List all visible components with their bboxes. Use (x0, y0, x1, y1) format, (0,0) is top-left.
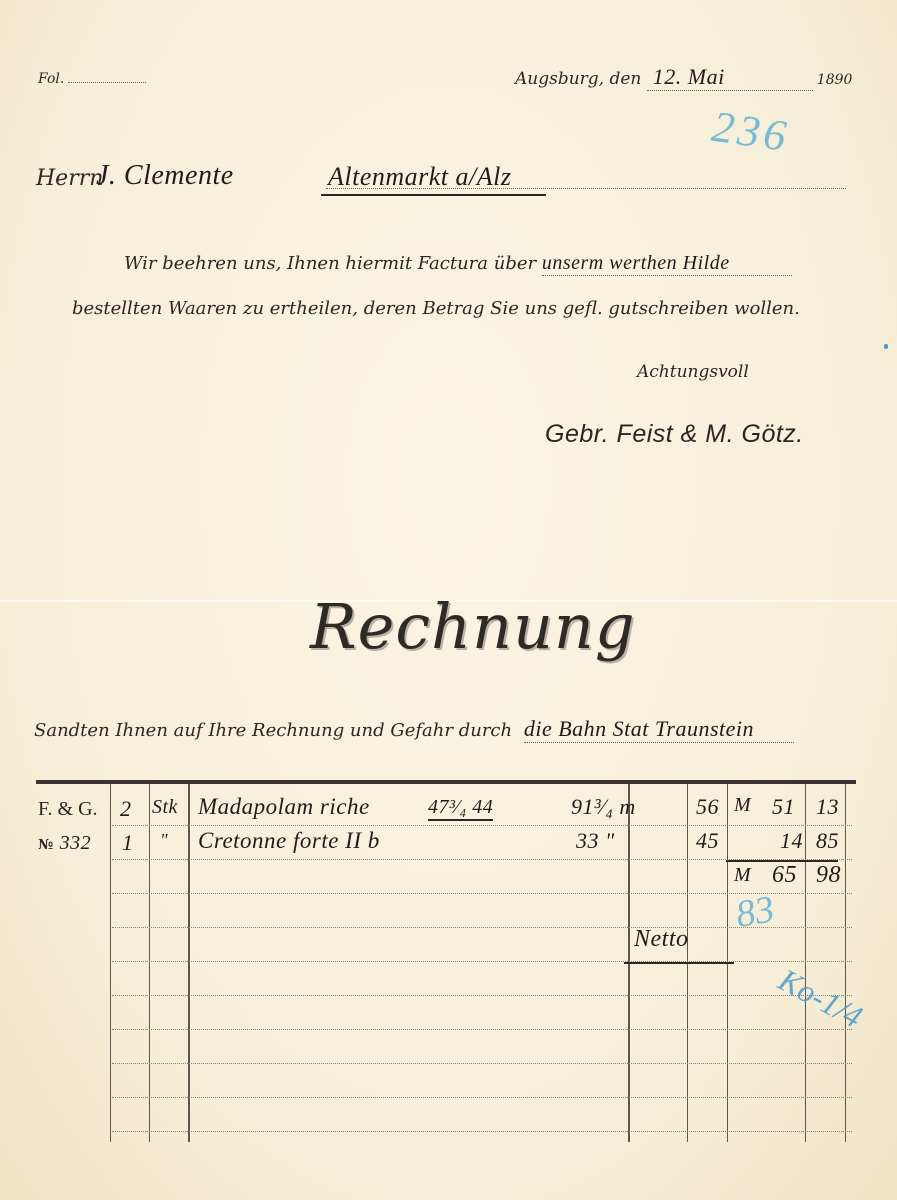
intro-handwritten: unserm werthen Hilde (542, 252, 792, 276)
row2-price: 45 (696, 828, 719, 854)
salutation: Herrn (36, 166, 103, 191)
intro-text: Wir beehren uns, Ihnen hiermit Factura ü… (124, 253, 536, 274)
blue-annotation-83: 83 (732, 887, 777, 937)
row1-unit: Stk (152, 796, 178, 819)
closing-greeting: Achtungsvoll (637, 362, 749, 382)
netto-label: Netto (634, 926, 689, 953)
invoice-table: F. & G. № 332 2 Stk Madapolam riche 47³⁄… (36, 780, 856, 1142)
column-divider (149, 784, 150, 1142)
shipping-line: Sandten Ihnen auf Ihre Rechnung und Gefa… (34, 716, 794, 743)
recipient-place: Altenmarkt a/Alz (328, 162, 511, 192)
shipping-handwritten: die Bahn Stat Traunstein (524, 716, 794, 743)
year: 1890 (817, 72, 853, 88)
shipping-text: Sandten Ihnen auf Ihre Rechnung und Gefa… (34, 720, 512, 741)
row-line (112, 994, 852, 996)
total-currency: M (734, 864, 751, 887)
total-mark: 65 (772, 862, 797, 889)
blue-pencil-annotation: 236 (709, 101, 793, 162)
row1-lengths: 47³⁄₄ 44 (428, 796, 493, 821)
folio-blank (68, 70, 146, 83)
number-symbol: № (38, 837, 53, 853)
folio-label: Fol. (38, 71, 64, 87)
row2-total-length: 33 " (576, 828, 615, 854)
row1-qty: 2 (120, 796, 132, 822)
number-value: 332 (60, 832, 92, 854)
column-divider (188, 784, 190, 1142)
date-line: Augsburg, den 12. Mai1890 (515, 64, 852, 91)
row2-amount-pf: 85 (816, 828, 839, 854)
row1-total-length: 91³⁄₄ m (571, 794, 636, 820)
place-underline (321, 194, 546, 196)
row2-qty: 1 (122, 830, 134, 856)
row2-unit: " (160, 830, 168, 851)
invoice-number: № 332 (38, 830, 91, 855)
row1-amount-mark: 51 (772, 794, 795, 820)
row-line (112, 1096, 852, 1098)
folio-field: Fol. (38, 70, 146, 87)
column-divider (110, 784, 111, 1142)
date-handwritten: 12. Mai (647, 64, 813, 91)
city-label: Augsburg, den (515, 69, 641, 89)
row2-description: Cretonne forte II b (198, 828, 380, 854)
row1-price: 56 (696, 794, 719, 820)
ink-speck (884, 344, 888, 349)
row-line (112, 1028, 852, 1030)
firm-name: Gebr. Feist & M. Götz. (545, 420, 804, 449)
column-divider (845, 784, 846, 1142)
row-line (112, 824, 852, 826)
blue-annotation-ko: Ko-1/4 (773, 961, 869, 1035)
row-line (112, 960, 852, 962)
row-line (112, 1062, 852, 1064)
intro-line-2: bestellten Waaren zu ertheilen, deren Be… (72, 298, 800, 319)
intro-line-1: Wir beehren uns, Ihnen hiermit Factura ü… (124, 252, 792, 276)
table-top-rule (36, 780, 856, 784)
row1-description: Madapolam riche (198, 794, 370, 820)
column-divider (805, 784, 806, 1142)
recipient-name: J. Clemente (96, 160, 234, 192)
row1-currency: M (734, 794, 751, 817)
recipient-address: Herrn J. Clemente Altenmarkt a/Alz (36, 160, 846, 192)
document-title: Rechnung (310, 590, 636, 663)
row-line (112, 1130, 852, 1132)
row2-amount-mark: 14 (780, 828, 803, 854)
merchant-mark: F. & G. (38, 798, 98, 821)
netto-underline (624, 962, 734, 964)
row1-amount-pf: 13 (816, 794, 839, 820)
total-pf: 98 (816, 862, 841, 889)
